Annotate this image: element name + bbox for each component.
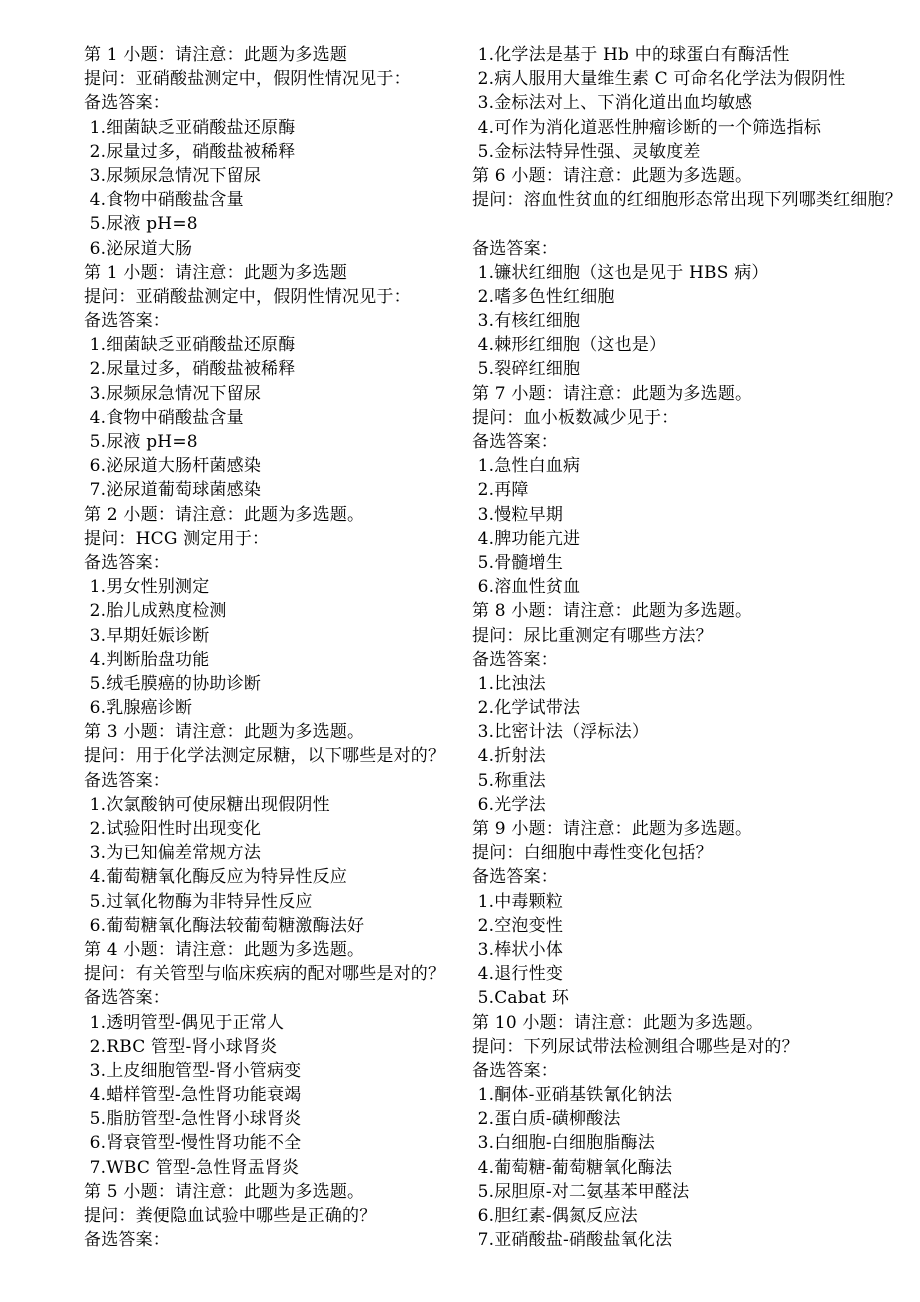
- text-line: 1.细菌缺乏亚硝酸盐还原酶: [84, 333, 470, 357]
- text-line: 4.可作为消化道恶性肿瘤诊断的一个筛选指标: [472, 116, 916, 140]
- text-line: 6.溶血性贫血: [472, 575, 916, 599]
- text-line: 5.尿液 pH=8: [84, 430, 470, 454]
- text-line: [472, 212, 916, 236]
- text-line: 3.比密计法（浮标法）: [472, 720, 916, 744]
- text-line: 5.尿液 pH=8: [84, 212, 470, 236]
- text-line: 提问：粪便隐血试验中哪些是正确的？: [84, 1204, 470, 1228]
- text-line: 提问：有关管型与临床疾病的配对哪些是对的？: [84, 962, 470, 986]
- text-line: 3.早期妊娠诊断: [84, 624, 470, 648]
- text-line: 1.透明管型-偶见于正常人: [84, 1011, 470, 1035]
- text-line: 6.泌尿道大肠: [84, 237, 470, 261]
- text-line: 4.棘形红细胞（这也是）: [472, 333, 916, 357]
- text-line: 2.尿量过多，硝酸盐被稀释: [84, 357, 470, 381]
- text-line: 6.光学法: [472, 793, 916, 817]
- text-line: 3.尿频尿急情况下留尿: [84, 164, 470, 188]
- text-line: 5.金标法特异性强、灵敏度差: [472, 140, 916, 164]
- text-line: 3.白细胞-白细胞脂酶法: [472, 1131, 916, 1155]
- text-line: 4.退行性变: [472, 962, 916, 986]
- text-line: 7.泌尿道葡萄球菌感染: [84, 478, 470, 502]
- text-line: 7.亚硝酸盐-硝酸盐氧化法: [472, 1228, 916, 1252]
- text-line: 提问：溶血性贫血的红细胞形态常出现下列哪类红细胞？: [472, 188, 916, 212]
- text-line: 备选答案：: [84, 986, 470, 1010]
- text-line: 第 10 小题：请注意：此题为多选题。: [472, 1011, 916, 1035]
- text-line: 3.有核红细胞: [472, 309, 916, 333]
- text-line: 1.细菌缺乏亚硝酸盐还原酶: [84, 116, 470, 140]
- text-line: 5.脂肪管型-急性肾小球肾炎: [84, 1107, 470, 1131]
- text-line: 备选答案：: [472, 865, 916, 889]
- text-line: 6.葡萄糖氧化酶法较葡萄糖激酶法好: [84, 914, 470, 938]
- text-line: 提问：尿比重测定有哪些方法？: [472, 624, 916, 648]
- text-line: 第 1 小题：请注意：此题为多选题: [84, 261, 470, 285]
- text-line: 第 7 小题：请注意：此题为多选题。: [472, 382, 916, 406]
- text-line: 5.绒毛膜癌的协助诊断: [84, 672, 470, 696]
- text-line: 1.急性白血病: [472, 454, 916, 478]
- text-line: 3.为已知偏差常规方法: [84, 841, 470, 865]
- text-line: 备选答案：: [472, 237, 916, 261]
- text-line: 2.试验阳性时出现变化: [84, 817, 470, 841]
- text-line: 第 3 小题：请注意：此题为多选题。: [84, 720, 470, 744]
- text-line: 备选答案：: [84, 551, 470, 575]
- text-line: 4.脾功能亢进: [472, 527, 916, 551]
- text-line: 备选答案：: [472, 430, 916, 454]
- text-line: 6.肾衰管型-慢性肾功能不全: [84, 1131, 470, 1155]
- text-line: 提问：用于化学法测定尿糖，以下哪些是对的？: [84, 744, 470, 768]
- text-line: 第 4 小题：请注意：此题为多选题。: [84, 938, 470, 962]
- text-line: 4.折射法: [472, 744, 916, 768]
- text-line: 备选答案：: [472, 1059, 916, 1083]
- text-line: 3.尿频尿急情况下留尿: [84, 382, 470, 406]
- text-line: 第 8 小题：请注意：此题为多选题。: [472, 599, 916, 623]
- text-line: 提问：亚硝酸盐测定中，假阴性情况见于：: [84, 285, 470, 309]
- text-line: 6.胆红素-偶氮反应法: [472, 1204, 916, 1228]
- text-line: 2.胎儿成熟度检测: [84, 599, 470, 623]
- text-line: 2.病人服用大量维生素 C 可命名化学法为假阴性: [472, 67, 916, 91]
- text-line: 6.泌尿道大肠杆菌感染: [84, 454, 470, 478]
- text-line: 2.化学试带法: [472, 696, 916, 720]
- text-line: 提问：下列尿试带法检测组合哪些是对的？: [472, 1035, 916, 1059]
- text-line: 1.次氯酸钠可使尿糖出现假阴性: [84, 793, 470, 817]
- text-line: 5.称重法: [472, 769, 916, 793]
- text-line: 4.判断胎盘功能: [84, 648, 470, 672]
- text-line: 第 9 小题：请注意：此题为多选题。: [472, 817, 916, 841]
- text-line: 第 2 小题：请注意：此题为多选题。: [84, 503, 470, 527]
- text-line: 5.Cabat 环: [472, 986, 916, 1010]
- text-line: 5.骨髓增生: [472, 551, 916, 575]
- text-line: 1.男女性别测定: [84, 575, 470, 599]
- text-line: 1.化学法是基于 Hb 中的球蛋白有酶活性: [472, 43, 916, 67]
- text-line: 提问：白细胞中毒性变化包括？: [472, 841, 916, 865]
- text-line: 3.金标法对上、下消化道出血均敏感: [472, 91, 916, 115]
- text-line: 4.葡萄糖氧化酶反应为特异性反应: [84, 865, 470, 889]
- document-page: 第 1 小题：请注意：此题为多选题提问：亚硝酸盐测定中，假阴性情况见于：备选答案…: [0, 0, 920, 1302]
- text-line: 备选答案：: [84, 769, 470, 793]
- text-line: 提问：HCG 测定用于：: [84, 527, 470, 551]
- text-line: 5.过氧化物酶为非特异性反应: [84, 890, 470, 914]
- text-line: 提问：亚硝酸盐测定中，假阴性情况见于：: [84, 67, 470, 91]
- text-line: 6.乳腺癌诊断: [84, 696, 470, 720]
- text-line: 1.比浊法: [472, 672, 916, 696]
- text-line: 提问：血小板数减少见于：: [472, 406, 916, 430]
- text-line: 1.镰状红细胞（这也是见于 HBS 病）: [472, 261, 916, 285]
- text-line: 4.食物中硝酸盐含量: [84, 188, 470, 212]
- text-line: 2.嗜多色性红细胞: [472, 285, 916, 309]
- text-line: 5.尿胆原-对二氨基苯甲醛法: [472, 1180, 916, 1204]
- text-line: 1.中毒颗粒: [472, 890, 916, 914]
- text-line: 1.酮体-亚硝基铁氰化钠法: [472, 1083, 916, 1107]
- text-line: 备选答案：: [472, 648, 916, 672]
- text-line: 备选答案：: [84, 309, 470, 333]
- text-line: 5.裂碎红细胞: [472, 357, 916, 381]
- text-line: 2.蛋白质-磺柳酸法: [472, 1107, 916, 1131]
- text-line: 4.葡萄糖-葡萄糖氧化酶法: [472, 1156, 916, 1180]
- text-line: 4.食物中硝酸盐含量: [84, 406, 470, 430]
- text-line: 2.RBC 管型-肾小球肾炎: [84, 1035, 470, 1059]
- text-line: 第 6 小题：请注意：此题为多选题。: [472, 164, 916, 188]
- text-line: 第 1 小题：请注意：此题为多选题: [84, 43, 470, 67]
- text-line: 7.WBC 管型-急性肾盂肾炎: [84, 1156, 470, 1180]
- text-line: 2.再障: [472, 478, 916, 502]
- text-line: 3.上皮细胞管型-肾小管病变: [84, 1059, 470, 1083]
- text-line: 2.尿量过多，硝酸盐被稀释: [84, 140, 470, 164]
- right-column: 1.化学法是基于 Hb 中的球蛋白有酶活性 2.病人服用大量维生素 C 可命名化…: [472, 43, 916, 1252]
- left-column: 第 1 小题：请注意：此题为多选题提问：亚硝酸盐测定中，假阴性情况见于：备选答案…: [84, 43, 470, 1252]
- text-line: 3.慢粒早期: [472, 503, 916, 527]
- text-line: 4.蜡样管型-急性肾功能衰竭: [84, 1083, 470, 1107]
- text-line: 备选答案：: [84, 91, 470, 115]
- text-line: 2.空泡变性: [472, 914, 916, 938]
- text-line: 第 5 小题：请注意：此题为多选题。: [84, 1180, 470, 1204]
- text-line: 3.棒状小体: [472, 938, 916, 962]
- text-line: 备选答案：: [84, 1228, 470, 1252]
